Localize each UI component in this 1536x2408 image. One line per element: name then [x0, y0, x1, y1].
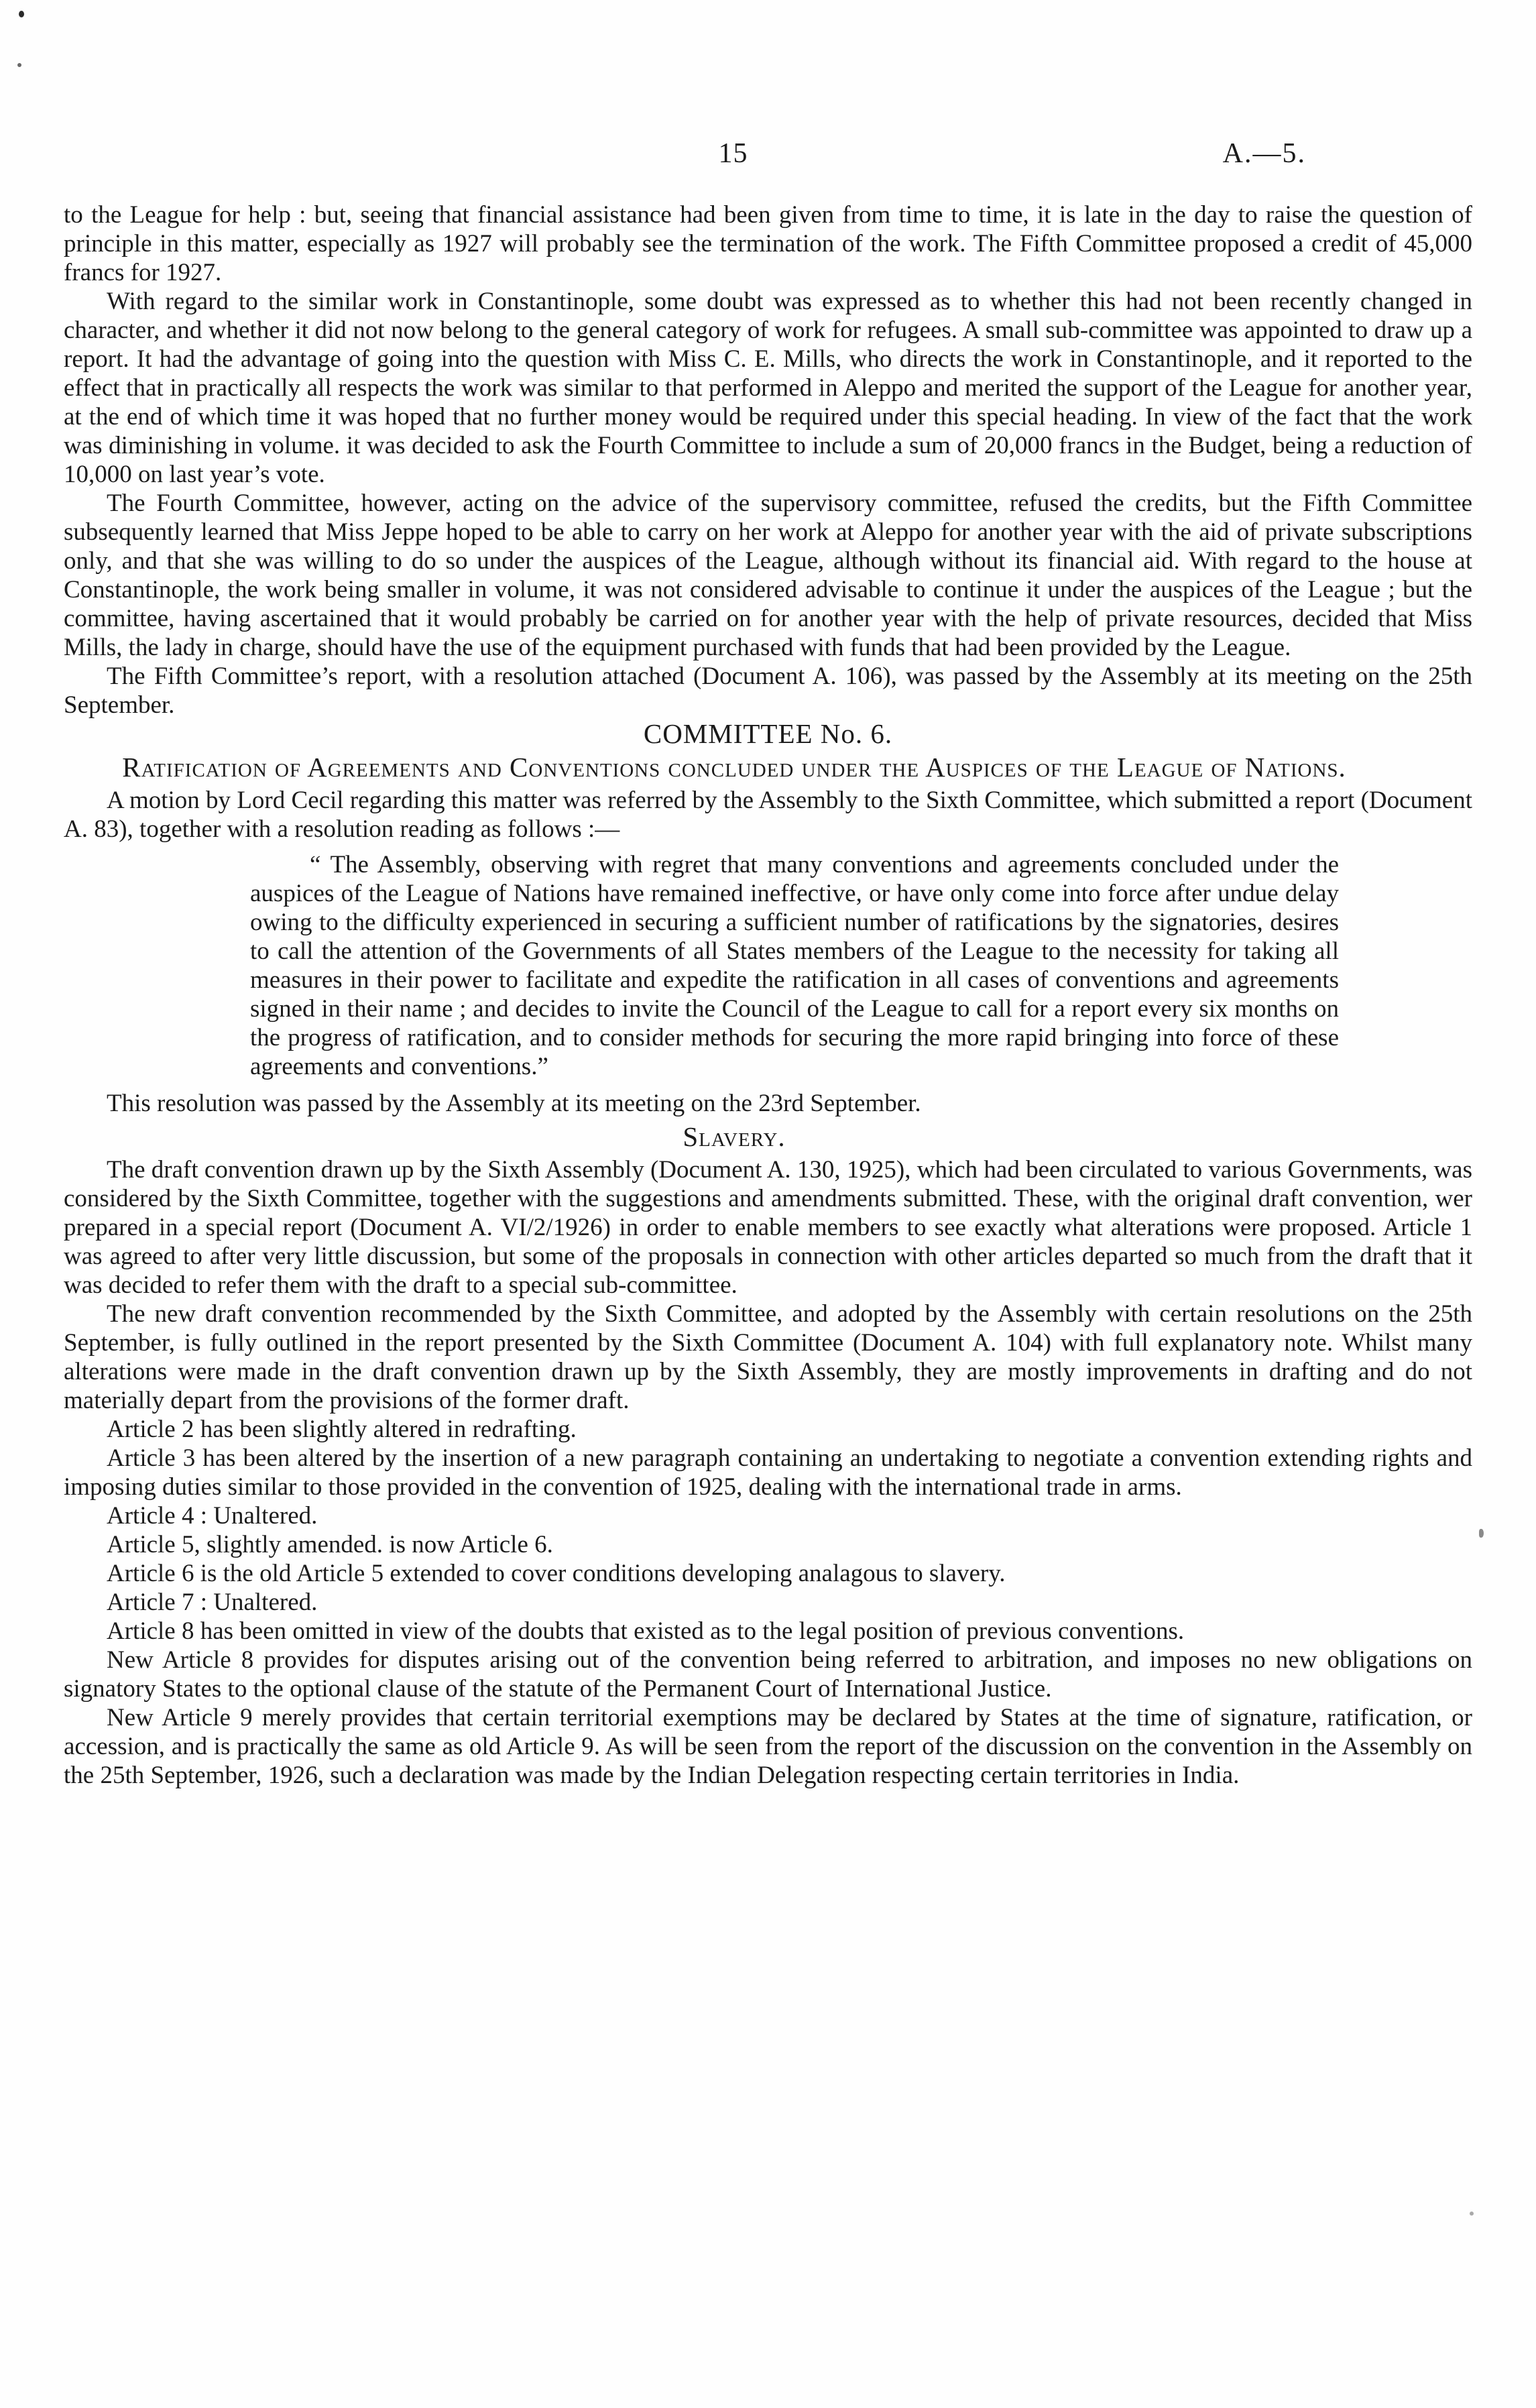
scan-speck — [1470, 2212, 1474, 2216]
paragraph-new-article-8: New Article 8 provides for disputes aris… — [64, 1646, 1472, 1703]
heading-ratification-of-agreements: Ratification of Agreements and Conventio… — [64, 748, 1405, 786]
paragraph-constantinople-work: With regard to the similar work in Const… — [64, 287, 1472, 489]
paragraph-new-article-9: New Article 9 merely provides that certa… — [64, 1703, 1472, 1790]
scan-speck — [1479, 1529, 1484, 1538]
paragraph-league-help-continuation: to the League for help : but, seeing tha… — [64, 200, 1472, 287]
paragraph-article-4: Article 4 : Unaltered. — [64, 1501, 1472, 1530]
paragraph-article-2: Article 2 has been slightly altered in r… — [64, 1415, 1472, 1444]
document-body: to the League for help : but, seeing tha… — [64, 200, 1472, 1790]
heading-committee-no-6: COMMITTEE No. 6. — [64, 720, 1472, 748]
page-content: 15 A.—5. to the League for help : but, s… — [64, 137, 1472, 1790]
blockquote-assembly-resolution: “ The Assembly, observing with regret th… — [250, 850, 1339, 1081]
paragraph-article-5: Article 5, slightly amended. is now Arti… — [64, 1530, 1472, 1559]
paragraph-draft-convention: The draft convention drawn up by the Six… — [64, 1155, 1472, 1300]
paragraph-lord-cecil-motion: A motion by Lord Cecil regarding this ma… — [64, 786, 1472, 844]
paragraph-article-6: Article 6 is the old Article 5 extended … — [64, 1559, 1472, 1588]
heading-slavery: Slavery. — [64, 1118, 1405, 1155]
document-page: 15 A.—5. to the League for help : but, s… — [0, 0, 1536, 2408]
paragraph-new-draft-convention: The new draft convention recommended by … — [64, 1300, 1472, 1415]
paragraph-resolution-passed: This resolution was passed by the Assemb… — [64, 1089, 1472, 1118]
page-header: 15 A.—5. — [64, 137, 1472, 171]
paragraph-article-8: Article 8 has been omitted in view of th… — [64, 1617, 1472, 1646]
scan-speck — [17, 63, 21, 67]
paragraph-fifth-committee-report: The Fifth Committee’s report, with a res… — [64, 662, 1472, 720]
scan-speck — [19, 11, 24, 17]
paragraph-article-3: Article 3 has been altered by the insert… — [64, 1444, 1472, 1501]
document-reference: A.—5. — [1223, 137, 1306, 170]
paragraph-article-7: Article 7 : Unaltered. — [64, 1588, 1472, 1617]
paragraph-fourth-committee-credits: The Fourth Committee, however, acting on… — [64, 489, 1472, 662]
